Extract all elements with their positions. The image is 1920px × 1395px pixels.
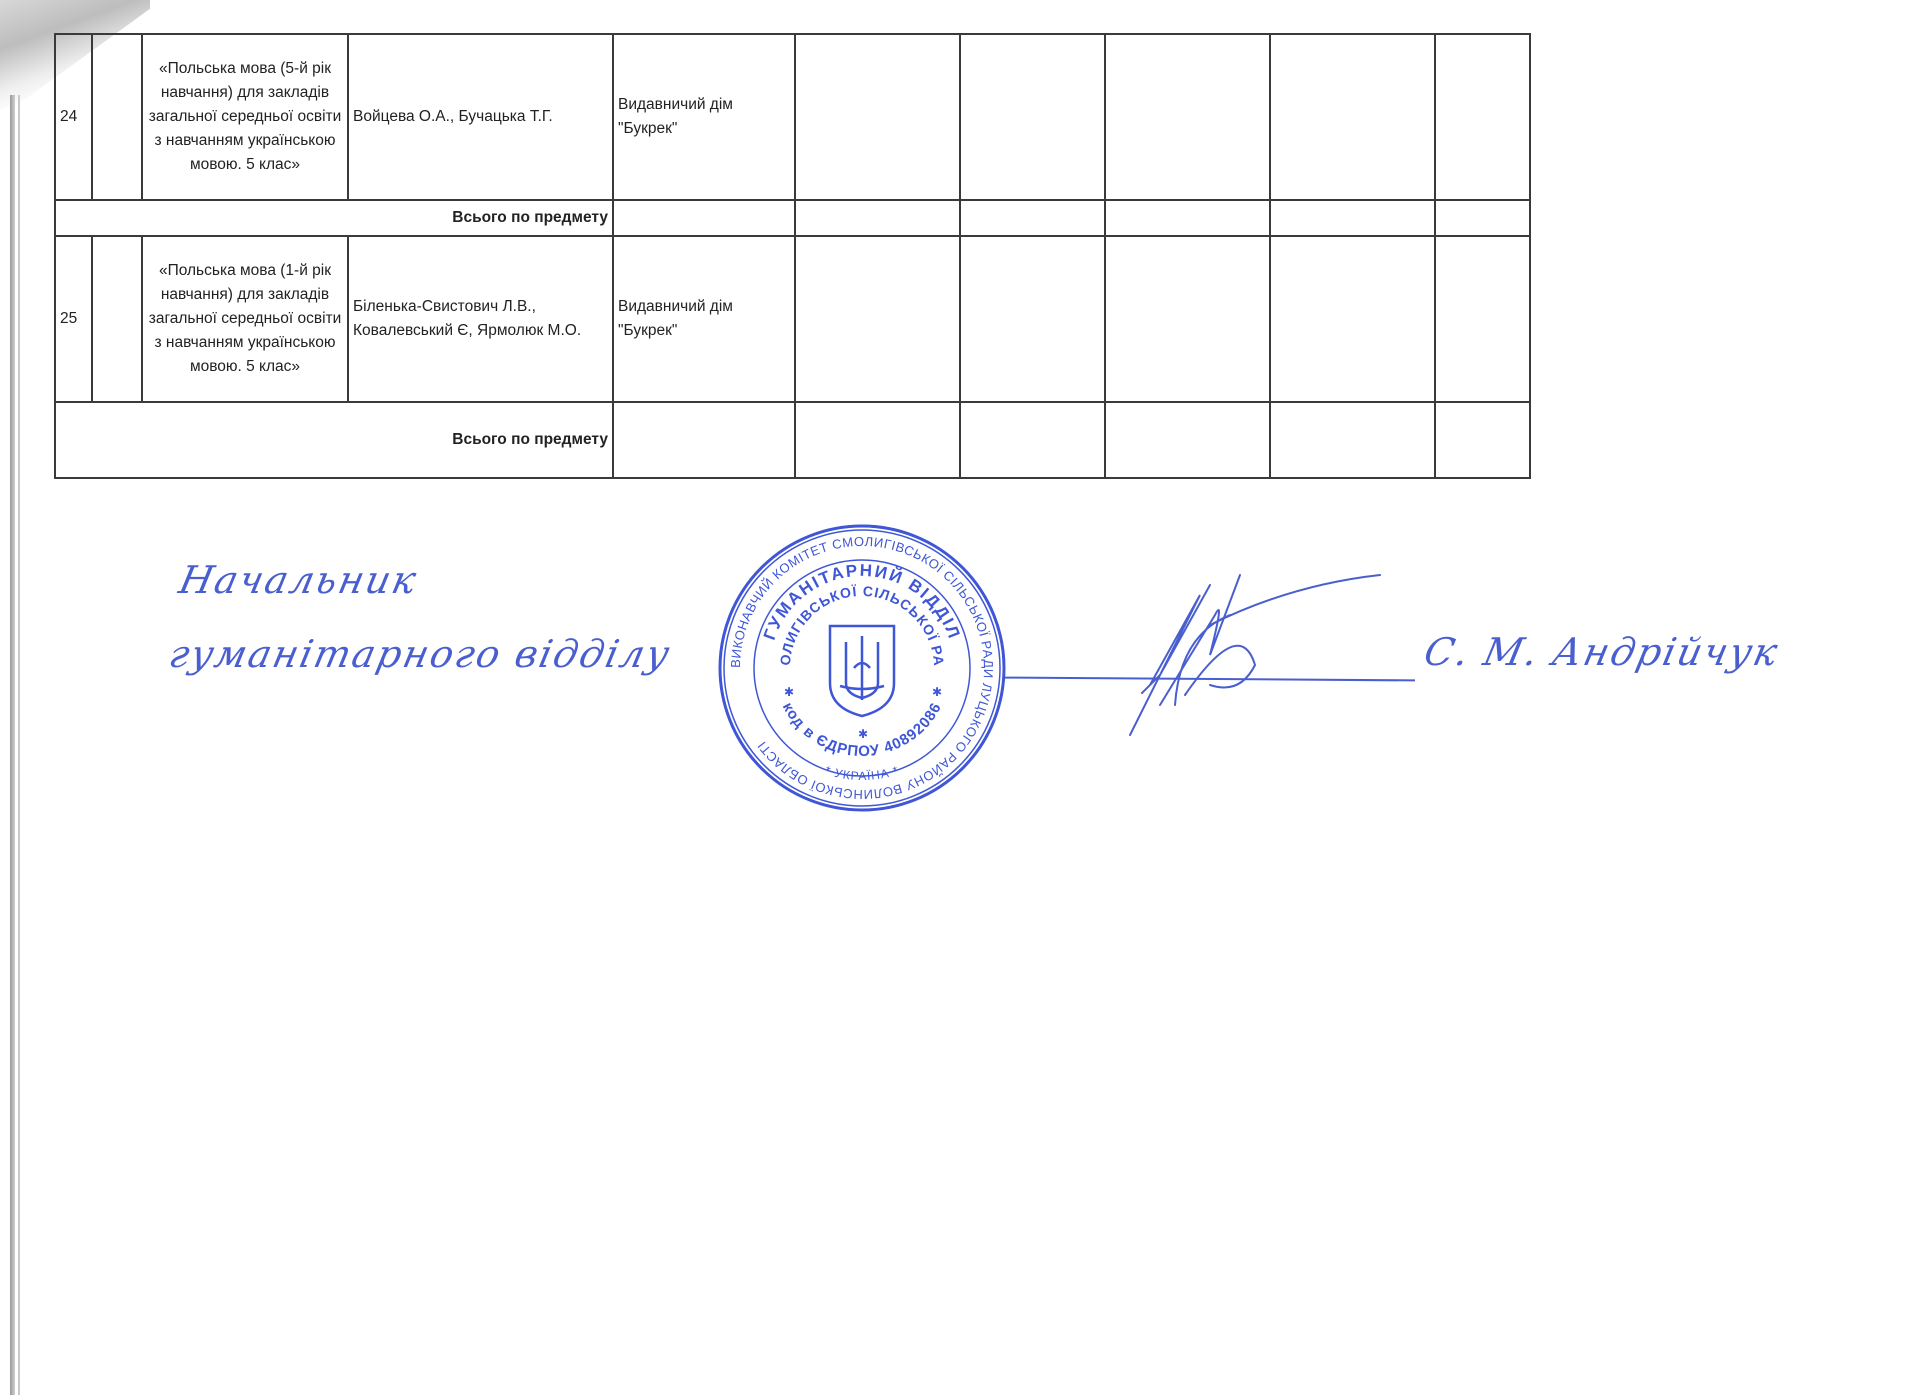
empty-cell [795,402,960,478]
tryzub-icon [830,626,894,716]
textbook-publisher: Видавничий дім "Букрек" [613,236,795,402]
textbook-publisher: Видавничий дім "Букрек" [613,34,795,200]
textbook-table: 24 «Польська мова (5-й рік навчання) для… [54,33,1531,479]
empty-cell [1105,402,1270,478]
table-row: 25 «Польська мова (1-й рік навчання) для… [55,236,1530,402]
empty-cell [795,34,960,200]
official-stamp: ВИКОНАВЧИЙ КОМІТЕТ СМОЛИГІВСЬКОЇ СІЛЬСЬК… [712,518,1012,818]
svg-text:✱: ✱ [784,685,794,699]
handwritten-signature [1090,555,1410,745]
empty-cell [1270,200,1435,236]
subject-total-row: Всього по предмету [55,200,1530,236]
empty-cell [613,200,795,236]
empty-cell [1435,200,1530,236]
empty-cell [613,402,795,478]
handwritten-position-line1: Начальник [175,558,422,602]
row-number: 25 [55,236,92,402]
empty-cell [1435,236,1530,402]
textbook-title: «Польська мова (5-й рік навчання) для за… [142,34,348,200]
empty-cell [1270,402,1435,478]
svg-text:* УКРАЇНА *: * УКРАЇНА * [823,763,900,783]
svg-text:✱: ✱ [858,727,868,741]
empty-cell [1105,236,1270,402]
empty-cell [960,236,1105,402]
textbook-authors: Біленька-Свистович Л.В., Ковалевський Є,… [348,236,613,402]
empty-cell [92,34,142,200]
scan-shadow-edge-inner [18,95,20,1395]
empty-cell [1435,402,1530,478]
textbook-title: «Польська мова (1-й рік навчання) для за… [142,236,348,402]
subject-total-row: Всього по предмету [55,402,1530,478]
row-number: 24 [55,34,92,200]
subject-total-label: Всього по предмету [55,200,613,236]
scan-shadow-edge [10,95,15,1395]
empty-cell [960,402,1105,478]
empty-cell [960,200,1105,236]
stamp-country-text: * УКРАЇНА * [823,763,900,783]
empty-cell [1270,236,1435,402]
empty-cell [92,236,142,402]
empty-cell [1105,34,1270,200]
subject-total-label: Всього по предмету [55,402,613,478]
svg-text:✱: ✱ [932,685,942,699]
empty-cell [1270,34,1435,200]
empty-cell [1105,200,1270,236]
empty-cell [960,34,1105,200]
table-row: 24 «Польська мова (5-й рік навчання) для… [55,34,1530,200]
empty-cell [795,236,960,402]
handwritten-signer-name: С. М. Андрійчук [1420,630,1783,674]
empty-cell [795,200,960,236]
textbook-authors: Войцева О.А., Бучацька Т.Г. [348,34,613,200]
empty-cell [1435,34,1530,200]
handwritten-position-line2: гуманітарного відділу [165,632,675,676]
